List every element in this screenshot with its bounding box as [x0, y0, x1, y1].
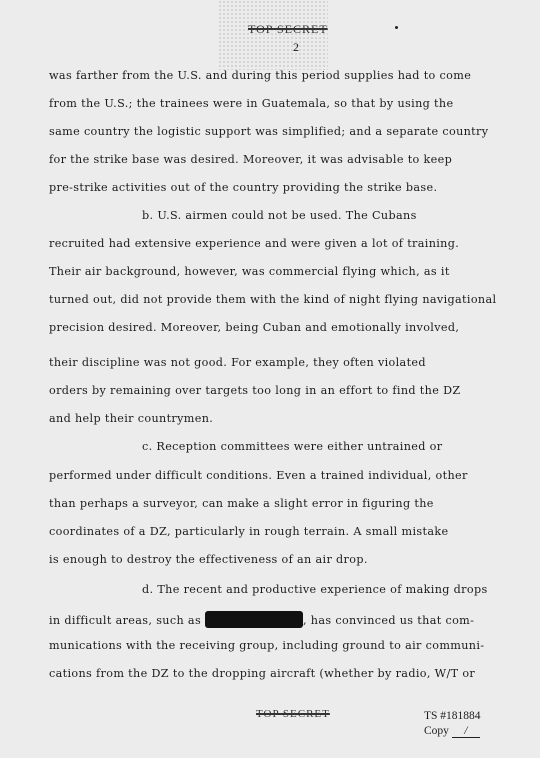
page-number: 2 — [293, 40, 299, 55]
scan-speck — [395, 26, 398, 29]
text-line: was farther from the U.S. and during thi… — [49, 69, 471, 82]
text-line: coordinates of a DZ, particularly in rou… — [49, 525, 448, 538]
text-line-with-redaction: in difficult areas, such as , has convin… — [49, 611, 474, 628]
text-line: is enough to destroy the effectiveness o… — [49, 553, 368, 566]
text-line: turned out, did not provide them with th… — [49, 293, 496, 306]
classification-footer: TOP SECRET — [256, 708, 330, 720]
text-fragment: in difficult areas, such as — [49, 614, 201, 627]
text-line: precision desired. Moreover, being Cuban… — [49, 321, 459, 334]
text-line: their discipline was not good. For examp… — [49, 356, 426, 369]
classification-header: TOP SECRET — [248, 22, 328, 37]
text-line: Their air background, however, was comme… — [49, 265, 450, 278]
text-line: munications with the receiving group, in… — [49, 639, 484, 652]
text-line: cations from the DZ to the dropping airc… — [49, 667, 475, 680]
document-page: TOP SECRET 2 was farther from the U.S. a… — [0, 0, 540, 758]
text-line: from the U.S.; the trainees were in Guat… — [49, 97, 453, 110]
text-line: recruited had extensive experience and w… — [49, 237, 459, 250]
text-line: than perhaps a surveyor, can make a slig… — [49, 497, 434, 510]
paragraph-b-heading: b. U.S. airmen could not be used. The Cu… — [142, 209, 417, 222]
paragraph-c-heading: c. Reception committees were either untr… — [142, 440, 442, 453]
text-line: performed under difficult conditions. Ev… — [49, 469, 468, 482]
text-fragment: , has convinced us that com- — [303, 614, 474, 627]
redaction-block — [205, 611, 303, 628]
text-line: orders by remaining over targets too lon… — [49, 384, 461, 397]
text-line: pre-strike activities out of the country… — [49, 181, 437, 194]
ts-number: TS #181884 — [424, 710, 481, 722]
text-line: for the strike base was desired. Moreove… — [49, 153, 452, 166]
paragraph-d-heading: d. The recent and productive experience … — [142, 583, 488, 596]
copy-label: Copy — [424, 725, 449, 737]
copy-number: Copy / — [424, 725, 480, 738]
text-line: same country the logistic support was si… — [49, 125, 488, 138]
copy-value: / — [452, 725, 480, 738]
text-line: and help their countrymen. — [49, 412, 213, 425]
